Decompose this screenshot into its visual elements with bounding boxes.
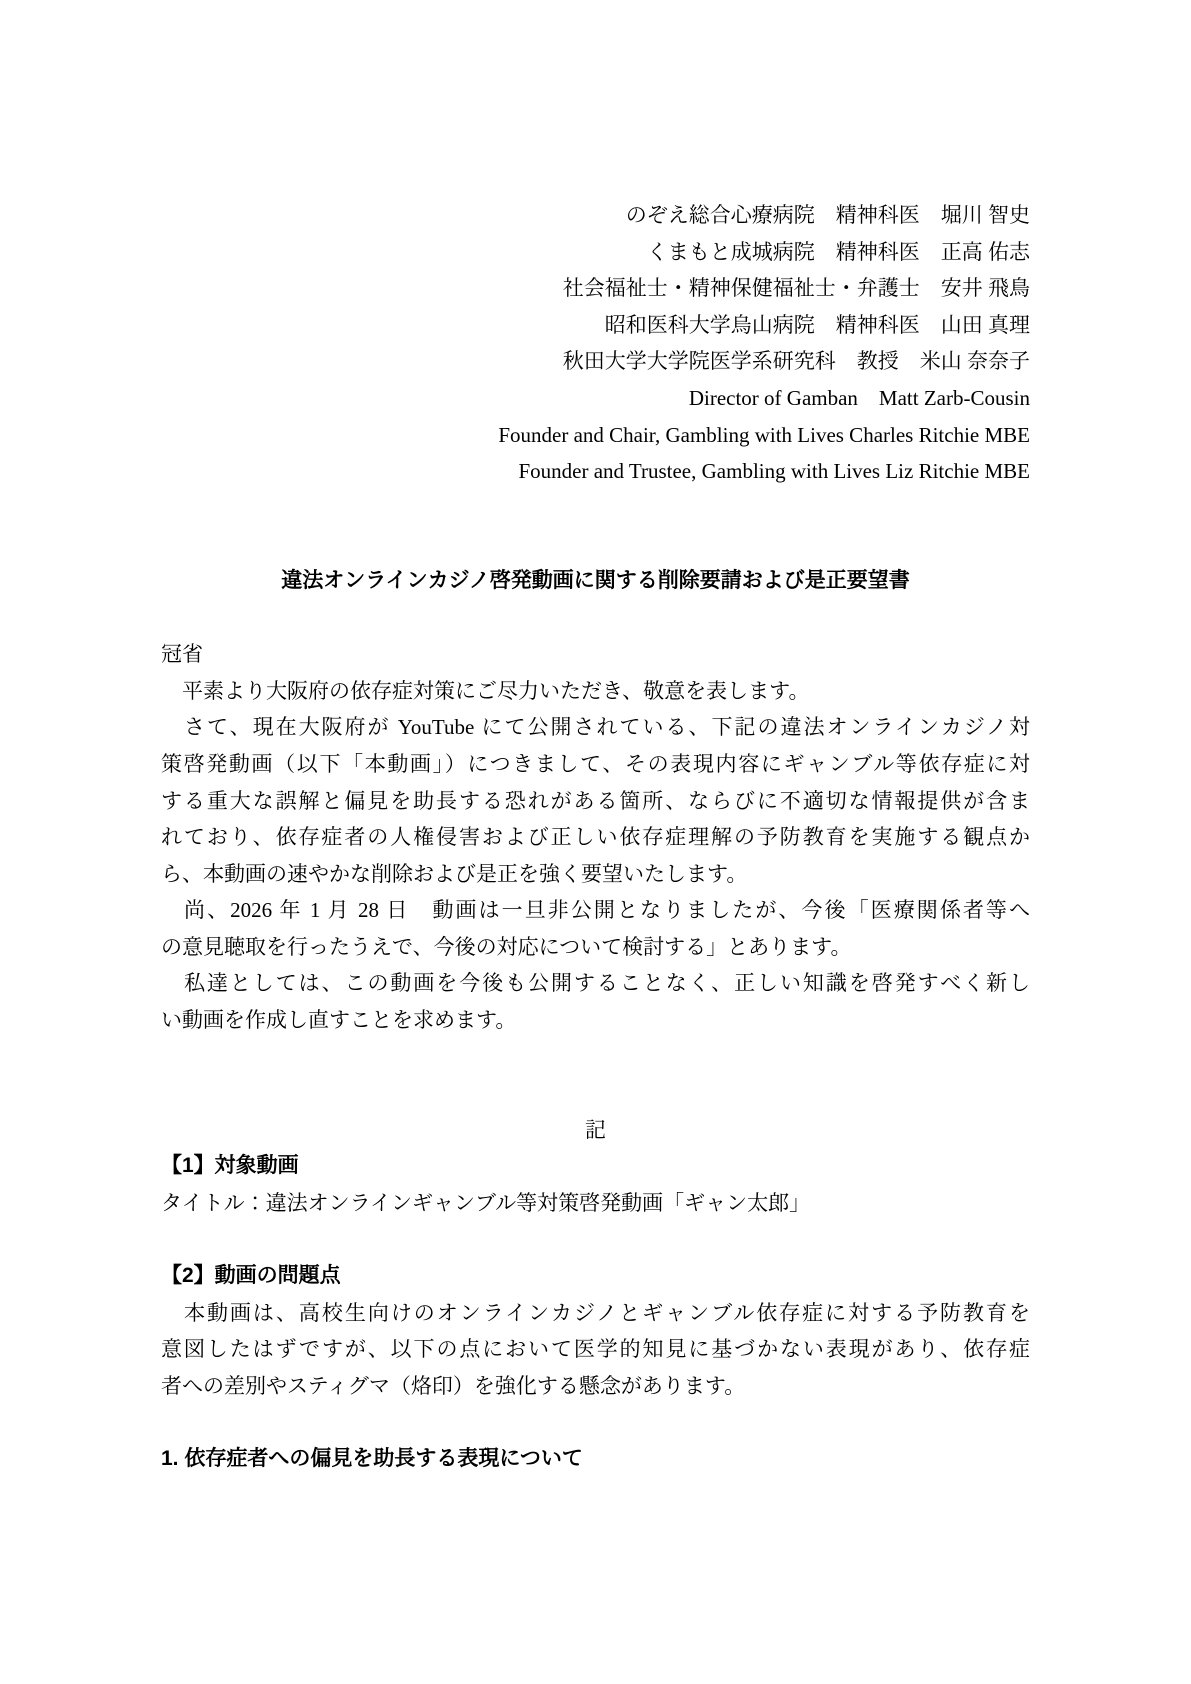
signatory-line: Founder and Trustee, Gambling with Lives… — [161, 453, 1030, 490]
section-2-heading: 【2】動画の問題点 — [161, 1258, 1030, 1295]
body-line: れており、依存症者の人権侵害および正しい依存症理解の予防教育を実施する観点か — [161, 819, 1030, 856]
document-title: 違法オンラインカジノ啓発動画に関する削除要請および是正要望書 — [161, 563, 1030, 600]
opening-paragraphs: 冠省 平素より大阪府の依存症対策にご尽力いただき、敬意を表します。 さて、現在大… — [161, 636, 1030, 1039]
body-line: 冠省 — [161, 636, 1030, 673]
section-2-body: 本動画は、高校生向けのオンラインカジノとギャンブル依存症に対する予防教育を意図し… — [161, 1295, 1030, 1405]
signatory-line: 社会福祉士・精神保健福祉士・弁護士 安井 飛鳥 — [161, 270, 1030, 307]
body-line: の意見聴取を行ったうえで、今後の対応について検討する」とあります。 — [161, 929, 1030, 966]
body-line: 平素より大阪府の依存症対策にご尽力いただき、敬意を表します。 — [161, 673, 1030, 710]
signatory-line: Founder and Chair, Gambling with Lives C… — [161, 417, 1030, 454]
section-target-video: 【1】対象動画 タイトル：違法オンラインギャンブル等対策啓発動画「ギャン太郎」 — [161, 1148, 1030, 1221]
body-line: 者への差別やスティグマ（烙印）を強化する懸念があります。 — [161, 1368, 1030, 1405]
signatory-line: のぞえ総合心療病院 精神科医 堀川 智史 — [161, 197, 1030, 234]
signatory-block: のぞえ総合心療病院 精神科医 堀川 智史くまもと成城病院 精神科医 正高 佑志社… — [161, 197, 1030, 490]
signatory-line: Director of Gamban Matt Zarb-Cousin — [161, 380, 1030, 417]
body-line: する重大な誤解と偏見を助長する恐れがある箇所、ならびに不適切な情報提供が含ま — [161, 783, 1030, 820]
body-line: 尚、2026 年 1 月 28 日 動画は一旦非公開となりましたが、今後「医療関… — [161, 892, 1030, 929]
section-video-problems: 【2】動画の問題点 本動画は、高校生向けのオンラインカジノとギャンブル依存症に対… — [161, 1258, 1030, 1404]
signatory-line: くまもと成城病院 精神科医 正高 佑志 — [161, 234, 1030, 271]
signatory-line: 昭和医科大学烏山病院 精神科医 山田 真理 — [161, 307, 1030, 344]
signatory-line: 秋田大学大学院医学系研究科 教授 米山 奈奈子 — [161, 343, 1030, 380]
body-line: 意図したはずですが、以下の点において医学的知見に基づかない表現があり、依存症 — [161, 1331, 1030, 1368]
body-line: タイトル：違法オンラインギャンブル等対策啓発動画「ギャン太郎」 — [161, 1185, 1030, 1222]
document-page: のぞえ総合心療病院 精神科医 堀川 智史くまもと成城病院 精神科医 正高 佑志社… — [0, 0, 1191, 1684]
body-line: 本動画は、高校生向けのオンラインカジノとギャンブル依存症に対する予防教育を — [161, 1295, 1030, 1332]
record-marker: 記 — [161, 1112, 1030, 1149]
body-line: ら、本動画の速やかな削除および是正を強く要望いたします。 — [161, 856, 1030, 893]
body-line: さて、現在大阪府が YouTube にて公開されている、下記の違法オンラインカジ… — [161, 709, 1030, 746]
body-line: い動画を作成し直すことを求めます。 — [161, 1002, 1030, 1039]
section-1-heading: 【1】対象動画 — [161, 1148, 1030, 1185]
section-3-heading: 1. 依存症者への偏見を助長する表現について — [161, 1441, 1030, 1478]
body-line: 私達としては、この動画を今後も公開することなく、正しい知識を啓発すべく新し — [161, 965, 1030, 1002]
section-1-body: タイトル：違法オンラインギャンブル等対策啓発動画「ギャン太郎」 — [161, 1185, 1030, 1222]
body-line: 策啓発動画（以下「本動画」）につきまして、その表現内容にギャンブル等依存症に対 — [161, 746, 1030, 783]
